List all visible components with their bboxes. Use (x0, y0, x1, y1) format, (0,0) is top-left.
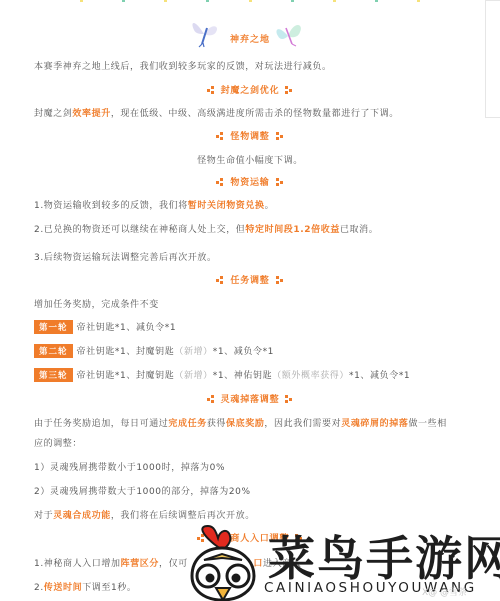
transport-item-1: 1.物资运输收到较多的反馈，我们将暂时关闭物资兑换。 (34, 198, 274, 211)
highlight: 传送时间 (44, 583, 82, 593)
sword-paragraph: 封魔之剑效率提升，现在低级、中级、高级满进度所需击杀的怪物数量都进行了下调。 (34, 106, 399, 119)
deco-right-icon (276, 276, 284, 284)
text: 1.物资运输收到较多的反馈，我们将 (34, 201, 188, 211)
soul-paragraph-line1: 由于任务奖励追加，每日可通过完成任务获得保底奖励，因此我们需要对灵魂碎屑的掉落做… (34, 416, 447, 429)
section-heading-soul: 灵魂掉落调整 (34, 392, 466, 405)
soul-item-2: 2）灵魂残屑携带数大于1000的部分，掉落为20% (34, 484, 251, 497)
text: 2.已兑换的物资还可以继续在神秘商人处上交，但 (34, 225, 245, 235)
text: *1、减负令*1 (349, 371, 410, 381)
note: （额外概率获得） (272, 371, 349, 381)
section-title: 封魔之剑优化 (221, 86, 280, 96)
task-round-2: 第二轮帝社钥匙*1、封魔钥匙（新增）*1、减负令*1 (34, 344, 274, 358)
merchant-item-2: 2.传送时间下调至1秒。 (34, 580, 137, 593)
title-row: 神弃之地 (34, 16, 466, 50)
text: 对于 (34, 511, 53, 521)
text: 。 (265, 201, 275, 211)
butterfly-right-icon (274, 18, 304, 50)
note: （新增） (174, 371, 212, 381)
deco-right-icon (285, 86, 293, 94)
deco-left-icon (216, 132, 224, 140)
chick-mascot-icon (184, 524, 270, 601)
text: 由于任务奖励追加，每日可通过 (34, 419, 168, 429)
text: 1.神秘商人入口增加 (34, 559, 121, 569)
deco-right-icon (285, 395, 293, 403)
section-title: 物资运输 (230, 178, 269, 188)
section-heading-transport: 物资运输 (34, 175, 466, 188)
text: 获得 (207, 419, 226, 429)
deco-right-icon (276, 178, 284, 186)
section-heading-monster: 怪物调整 (34, 129, 466, 142)
soul-paragraph-line2: 应的调整： (34, 436, 82, 449)
soul-item-1: 1）灵魂残屑携带数小于1000时，掉落为0% (34, 460, 225, 473)
section-title: 怪物调整 (230, 132, 269, 142)
text: *1、神佑钥匙 (213, 371, 272, 381)
note: （新增） (174, 347, 212, 357)
text: 封魔之剑 (34, 109, 72, 119)
intro-paragraph: 本赛季神弃之地上线后，我们收到较多玩家的反馈，对玩法进行减负。 (34, 59, 332, 72)
text: 帝社钥匙*1、减负令*1 (77, 323, 177, 333)
text: 已取消。 (340, 225, 378, 235)
transport-item-3: 3.后续物资运输玩法调整完善后再次开放。 (34, 250, 217, 263)
text: 下调至1秒。 (82, 583, 136, 593)
highlight: 效率提升 (72, 109, 110, 119)
top-border-dots (80, 0, 420, 2)
text: *1、减负令*1 (213, 347, 274, 357)
deco-left-icon (216, 178, 224, 186)
round-badge: 第二轮 (34, 344, 73, 358)
author-watermark: X@ @雪荼 (422, 585, 467, 598)
page-title: 神弃之地 (34, 32, 466, 45)
text: 帝社钥匙*1、封魔钥匙 (77, 347, 175, 357)
text: ，因此我们需要对 (264, 419, 341, 429)
highlight: 完成任务 (168, 419, 206, 429)
section-title: 任务调整 (230, 276, 269, 286)
highlight: 保底奖励 (226, 419, 264, 429)
highlight: 暂时关闭物资兑换 (188, 201, 265, 211)
transport-item-2: 2.已兑换的物资还可以继续在神秘商人处上交，但特定时间段1.2倍收益已取消。 (34, 222, 378, 235)
highlight: 阵营区分 (121, 559, 159, 569)
logo-name: 菜鸟手游网 (268, 522, 500, 589)
text: 2. (34, 583, 44, 593)
section-heading-task: 任务调整 (34, 273, 466, 286)
deco-left-icon (207, 395, 215, 403)
section-heading-sword: 封魔之剑优化 (34, 83, 466, 96)
highlight: 灵魂碎屑的掉落 (341, 419, 408, 429)
text: 做一些相 (408, 419, 446, 429)
deco-left-icon (216, 276, 224, 284)
task-round-1: 第一轮帝社钥匙*1、减负令*1 (34, 320, 176, 334)
deco-right-icon (276, 132, 284, 140)
task-round-3: 第三轮帝社钥匙*1、封魔钥匙（新增）*1、神佑钥匙（额外概率获得）*1、减负令*… (34, 368, 410, 382)
text: 帝社钥匙*1、封魔钥匙 (77, 371, 175, 381)
round-badge: 第三轮 (34, 368, 73, 382)
round-badge: 第一轮 (34, 320, 73, 334)
highlight: 特定时间段1.2倍收益 (245, 225, 340, 235)
section-title: 灵魂掉落调整 (221, 395, 280, 405)
side-frame (485, 0, 500, 118)
deco-left-icon (207, 86, 215, 94)
monster-paragraph: 怪物生命值小幅度下调。 (34, 153, 466, 166)
task-intro: 增加任务奖励，完成条件不变 (34, 297, 159, 310)
highlight: 灵魂合成功能 (53, 511, 111, 521)
text: ，现在低级、中级、高级满进度所需击杀的怪物数量都进行了下调。 (111, 109, 399, 119)
